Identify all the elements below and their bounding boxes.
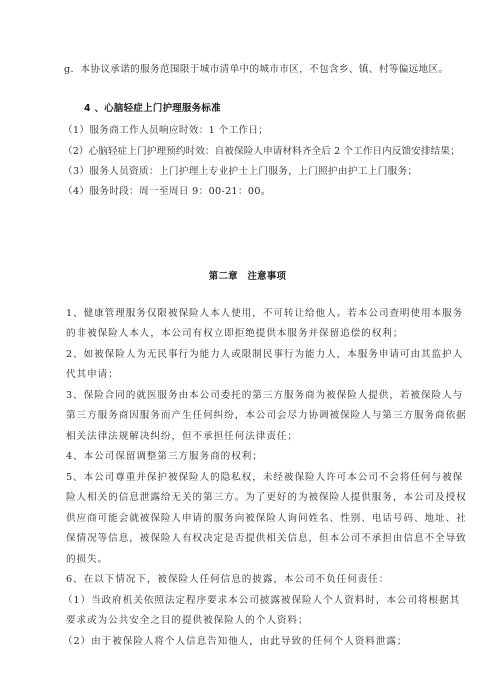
notice-line: （1）当政府机关依照法定程序要求本公司披露被保险人个人资料时，本公司将根据其 — [63, 595, 460, 607]
standard-item-1: （1）服务商工作人员响应时效：1 个工作日； — [63, 125, 268, 137]
notice-line: 2、如被保险人为无民事行为能力人或限制民事行为能力人，本服务申请可由其监护人 — [66, 349, 463, 361]
note-g: g．本协议承诺的服务范围限于城市清单中的城市市区，不包含乡、镇、村等偏远地区。 — [64, 64, 448, 76]
section-heading-4: 4 、心脑轻症上门护理服务标准 — [84, 103, 221, 115]
notice-line: 的非被保险人本人，本公司有权立即拒绝提供本服务并保留追偿的权利； — [66, 328, 403, 340]
notice-line: 1、健康管理服务仅限被保险人本人使用，不可转让给他人。若本公司查明使用本服务 — [66, 308, 463, 320]
notice-line: 3、保险合同的就医服务由本公司委托的第三方服务商为被保险人提供，若被保险人与 — [66, 390, 463, 402]
notice-line: 供应商可能会就被保险人申请的服务向被保险人询问姓名、性别、电话号码、地址、社 — [66, 513, 467, 525]
chapter-title: 第二章 注意事项 — [0, 268, 495, 282]
standard-item-3: （3）服务人员资质：上门护理上专业护士上门服务，上门照护由护工上门服务； — [63, 166, 417, 178]
standard-item-2: （2）心脑轻症上门护理预约时效：自被保险人申请材料齐全后 2 个工作日内反馈安排… — [63, 146, 460, 158]
standard-item-4: （4）服务时段：周一至周日 9：00-21：00。 — [63, 186, 271, 198]
notice-line: 要求或为公共安全之目的提供被保险人的个人资料； — [66, 615, 309, 627]
notice-line: 代其申请； — [66, 369, 119, 381]
notice-line: 第三方服务商因服务而产生任何纠纷，本公司会尽力协调被保险人与第三方服务商依据 — [66, 410, 467, 422]
notice-line: 的损失。 — [66, 554, 108, 566]
notice-line: 相关法律法规解决纠纷，但不承担任何法律责任； — [66, 431, 298, 443]
notice-line: 4、本公司保留调整第三方服务商的权利； — [66, 451, 263, 463]
notice-line: 6、在以下情况下，被保险人任何信息的披露，本公司不负任何责任： — [66, 574, 389, 586]
notice-line: （2）由于被保险人将个人信息告知他人，由此导致的任何个人资料泄露； — [63, 636, 407, 648]
notice-line: 险人相关的信息泄露给无关的第三方。为了更好的为被保险人提供服务，本公司及授权 — [66, 492, 467, 504]
notice-line: 5、本公司尊重并保护被保险人的隐私权，未经被保险人许可本公司不会将任何与被保 — [66, 472, 463, 484]
notice-line: 保情况等信息，被保险人有权决定是否提供相关信息，但本公司不承担由信息不全导致 — [66, 533, 467, 545]
